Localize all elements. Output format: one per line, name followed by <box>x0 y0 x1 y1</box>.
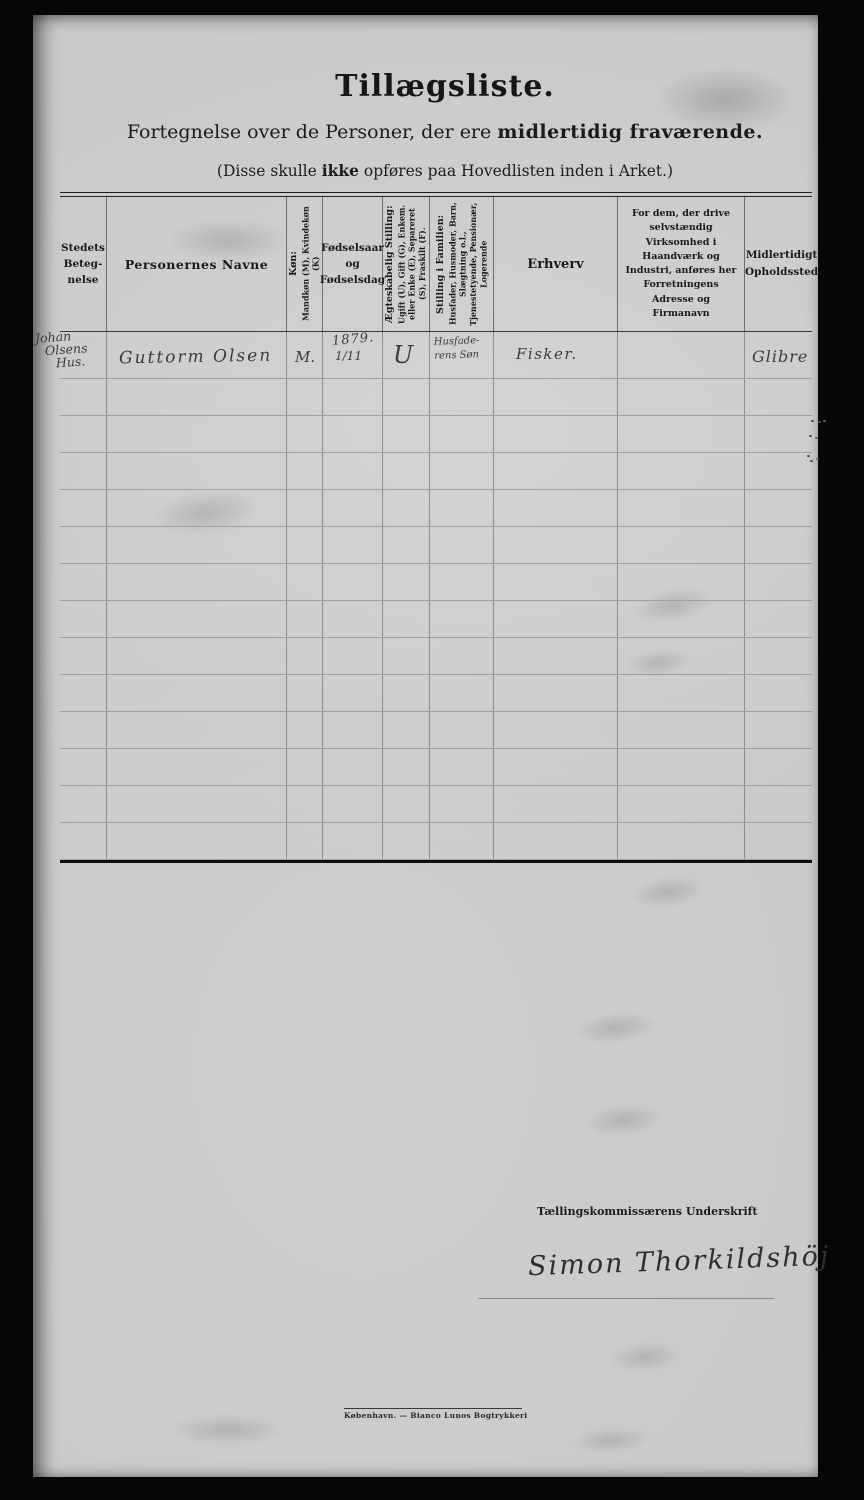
table-cell <box>107 786 287 822</box>
table-cell <box>618 527 745 563</box>
table-cell <box>323 379 383 415</box>
table-cell <box>618 712 745 748</box>
table-cell <box>383 675 430 711</box>
table-cell <box>430 712 494 748</box>
header-line: Ugift (U), Gift (G), Enkem. eller Enke (… <box>397 201 428 327</box>
table-cell <box>107 823 287 859</box>
table-cell <box>323 823 383 859</box>
table-cell <box>494 379 618 415</box>
signature-handwritten: Simon Thorkildshöj <box>528 1241 831 1283</box>
table-cell <box>745 527 812 563</box>
cell-location: Glibre <box>745 332 812 378</box>
header-line: Fødselsaar <box>321 240 384 256</box>
table-cell <box>618 601 745 637</box>
page-title: Tillægsliste. <box>33 69 857 104</box>
table-cell <box>287 564 323 600</box>
table-cell <box>323 749 383 785</box>
table-cell <box>430 601 494 637</box>
header-line: Ægteskabelig Stilling: <box>384 201 396 327</box>
table-cell <box>323 601 383 637</box>
table-cell <box>430 379 494 415</box>
table-cell <box>60 601 107 637</box>
col-header-marital: Ægteskabelig Stilling: Ugift (U), Gift (… <box>383 197 430 331</box>
header-line: Personernes Navne <box>125 257 268 272</box>
header-line: Stedets <box>61 240 105 256</box>
table-bottom-rule <box>60 860 812 863</box>
table-cell <box>618 823 745 859</box>
table-cell <box>430 638 494 674</box>
table-cell <box>287 601 323 637</box>
note-rest: opføres paa Hovedlisten inden i Arket.) <box>359 162 673 180</box>
col-header-family: Stilling i Familien: Husfader, Husmoder,… <box>430 197 494 331</box>
cell-business <box>618 332 745 378</box>
header-line: og <box>345 256 359 272</box>
table-cell <box>618 786 745 822</box>
entry-sex: M. <box>295 348 315 366</box>
cell-occupation: Fisker. <box>494 332 618 378</box>
table-cell <box>618 453 745 489</box>
table-cell <box>494 453 618 489</box>
bleedthrough-smudge <box>597 1334 695 1380</box>
table-cell <box>745 490 812 526</box>
table-cell <box>107 601 287 637</box>
printer-imprint: København. — Bianco Lunos Bogtrykkeri <box>344 1408 522 1420</box>
table-cell <box>107 490 287 526</box>
table-cell <box>287 490 323 526</box>
page-note: (Disse skulle ikke opføres paa Hovedlist… <box>33 161 857 180</box>
header-line: For dem, der drive selvstændig Virksomhe… <box>624 207 738 321</box>
col-header-sex: Køn: Mandkøn (M), Kvindekøn (K) <box>287 197 323 331</box>
table-cell <box>745 675 812 711</box>
table-cell <box>618 675 745 711</box>
entry-marital: U <box>393 341 413 369</box>
subtitle-regular: Fortegnelse over de Personer, der ere <box>127 121 497 143</box>
header-line: Køn: <box>288 201 300 327</box>
table-cell <box>60 712 107 748</box>
table-cell <box>287 527 323 563</box>
page-subtitle: Fortegnelse over de Personer, der ere mi… <box>33 121 857 143</box>
table-cell <box>745 416 812 452</box>
header-line: Stilling i Familien: <box>435 201 447 327</box>
table-cell <box>107 675 287 711</box>
table-cell <box>323 453 383 489</box>
document-page: Tillægsliste. Fortegnelse over de Person… <box>33 15 818 1477</box>
entry-family-line: Husfade- <box>434 334 480 349</box>
table-cell <box>323 712 383 748</box>
table-cell <box>430 823 494 859</box>
table-cell <box>383 638 430 674</box>
table-cell <box>287 416 323 452</box>
table-cell <box>618 490 745 526</box>
table-cell <box>323 564 383 600</box>
table-cell <box>494 786 618 822</box>
bleedthrough-smudge <box>557 1419 664 1461</box>
table-cell <box>323 490 383 526</box>
entry-birth-year: 1879. <box>331 330 374 349</box>
cell-place: Johan Olsens Hus. <box>60 332 107 378</box>
table-cell <box>60 749 107 785</box>
table-cell <box>383 786 430 822</box>
table-cell <box>745 453 812 489</box>
table-cell <box>618 564 745 600</box>
table-row-empty <box>60 638 812 675</box>
table-cell <box>618 379 745 415</box>
col-header-birth: Fødselsaar og Fødselsdag <box>323 197 383 331</box>
entry-location: Glibre <box>752 347 808 366</box>
table-cell <box>60 490 107 526</box>
table-cell <box>60 786 107 822</box>
table-cell <box>287 749 323 785</box>
table-cell <box>494 675 618 711</box>
bleedthrough-smudge <box>565 1091 680 1150</box>
table-cell <box>287 379 323 415</box>
table-cell <box>494 564 618 600</box>
table-cell <box>107 416 287 452</box>
header-line: Opholdssted <box>745 264 818 281</box>
table-cell <box>430 527 494 563</box>
signature-label: Tællingskommissærens Underskrift <box>537 1205 758 1218</box>
table-cell <box>494 749 618 785</box>
table-row-empty <box>60 675 812 712</box>
table-cell <box>745 601 812 637</box>
header-line: Husfader, Husmoder, Barn, Slægtning o.l.… <box>447 201 489 327</box>
table-cell <box>107 638 287 674</box>
cell-family: Husfade- rens Søn <box>430 332 494 378</box>
table-cell <box>618 416 745 452</box>
table-cell <box>494 416 618 452</box>
table-cell <box>430 416 494 452</box>
entry-place: Johan Olsens Hus. <box>35 329 89 371</box>
table-cell <box>383 416 430 452</box>
col-header-name: Personernes Navne <box>107 197 287 331</box>
table-row-empty <box>60 379 812 416</box>
cell-sex: M. <box>287 332 323 378</box>
bleedthrough-smudge <box>153 1410 303 1450</box>
table-cell <box>494 823 618 859</box>
table-row-empty <box>60 564 812 601</box>
entry-family-line: rens Søn <box>434 348 480 363</box>
table-cell <box>383 527 430 563</box>
table-cell <box>745 749 812 785</box>
table-cell <box>287 786 323 822</box>
table-cell <box>383 823 430 859</box>
table-cell <box>383 453 430 489</box>
table-cell <box>287 638 323 674</box>
table-cell <box>383 564 430 600</box>
table-row-empty <box>60 527 812 564</box>
table-cell <box>60 564 107 600</box>
col-header-occupation: Erhverv <box>494 197 618 331</box>
table-cell <box>494 638 618 674</box>
table-cell <box>745 379 812 415</box>
table-row-empty <box>60 601 812 638</box>
table-cell <box>323 416 383 452</box>
table-cell <box>618 749 745 785</box>
table-body: Johan Olsens Hus. Guttorm Olsen M. 1879.… <box>60 332 812 860</box>
table-cell <box>383 490 430 526</box>
table-cell <box>323 527 383 563</box>
table-cell <box>107 712 287 748</box>
table-cell <box>430 564 494 600</box>
table-row-empty <box>60 712 812 749</box>
table-cell <box>60 638 107 674</box>
table-cell <box>107 527 287 563</box>
entry-place-line: Hus. <box>55 355 88 370</box>
note-bold: ikke <box>322 161 359 180</box>
table-cell <box>430 749 494 785</box>
signature-line <box>478 1282 774 1299</box>
table-row-empty <box>60 453 812 490</box>
table-row-empty <box>60 749 812 786</box>
cell-birth: 1879. 1/11 <box>323 332 383 378</box>
table-cell <box>323 675 383 711</box>
table-row-empty <box>60 786 812 823</box>
entry-name: Guttorm Olsen <box>119 346 273 369</box>
table-cell <box>430 490 494 526</box>
header-line: Erhverv <box>527 257 583 272</box>
census-table: Stedets Beteg- nelse Personernes Navne K… <box>60 192 812 863</box>
table-cell <box>383 601 430 637</box>
table-cell <box>323 638 383 674</box>
table-row-empty <box>60 416 812 453</box>
table-cell <box>494 490 618 526</box>
header-line: Beteg- <box>64 256 103 272</box>
table-cell <box>287 675 323 711</box>
bleedthrough-smudge <box>556 1002 675 1054</box>
cell-name: Guttorm Olsen <box>107 332 287 378</box>
table-cell <box>430 675 494 711</box>
table-cell <box>60 416 107 452</box>
table-row-empty <box>60 823 812 860</box>
table-cell <box>107 453 287 489</box>
table-cell <box>745 823 812 859</box>
table-cell <box>494 712 618 748</box>
header-line: Midlertidigt <box>746 247 818 264</box>
table-cell <box>287 453 323 489</box>
subtitle-bold: midlertidig fraværende. <box>497 121 763 143</box>
table-cell <box>60 379 107 415</box>
note-open: (Disse skulle <box>217 162 322 180</box>
table-cell <box>107 749 287 785</box>
table-cell <box>287 823 323 859</box>
scan-background: Tillægsliste. Fortegnelse over de Person… <box>0 0 864 1500</box>
table-cell <box>618 638 745 674</box>
table-cell <box>323 786 383 822</box>
table-cell <box>383 749 430 785</box>
table-cell <box>107 564 287 600</box>
table-cell <box>745 712 812 748</box>
header-line: Fødselsdag <box>320 272 385 288</box>
col-header-business: For dem, der drive selvstændig Virksomhe… <box>618 197 745 331</box>
table-cell <box>107 379 287 415</box>
col-header-location: Midlertidigt Opholdssted <box>745 197 818 331</box>
table-cell <box>287 712 323 748</box>
table-cell <box>745 638 812 674</box>
table-cell <box>60 675 107 711</box>
table-header-row: Stedets Beteg- nelse Personernes Navne K… <box>60 197 812 332</box>
table-cell <box>60 823 107 859</box>
table-cell <box>745 786 812 822</box>
table-cell <box>383 712 430 748</box>
entry-family: Husfade- rens Søn <box>434 334 481 363</box>
entry-occupation: Fisker. <box>516 345 578 363</box>
header-line: nelse <box>68 272 99 288</box>
table-cell <box>60 527 107 563</box>
table-cell <box>383 379 430 415</box>
table-cell <box>430 453 494 489</box>
cell-marital: U <box>383 332 430 378</box>
bleedthrough-smudge <box>616 867 720 917</box>
table-cell <box>745 564 812 600</box>
col-header-place: Stedets Beteg- nelse <box>60 197 107 331</box>
table-cell <box>494 601 618 637</box>
header-line: Mandkøn (M), Kvindekøn (K) <box>300 201 321 327</box>
entry-birth-day: 1/11 <box>335 349 362 363</box>
table-cell <box>494 527 618 563</box>
table-row: Johan Olsens Hus. Guttorm Olsen M. 1879.… <box>60 332 812 379</box>
table-cell <box>430 786 494 822</box>
table-cell <box>60 453 107 489</box>
table-row-empty <box>60 490 812 527</box>
